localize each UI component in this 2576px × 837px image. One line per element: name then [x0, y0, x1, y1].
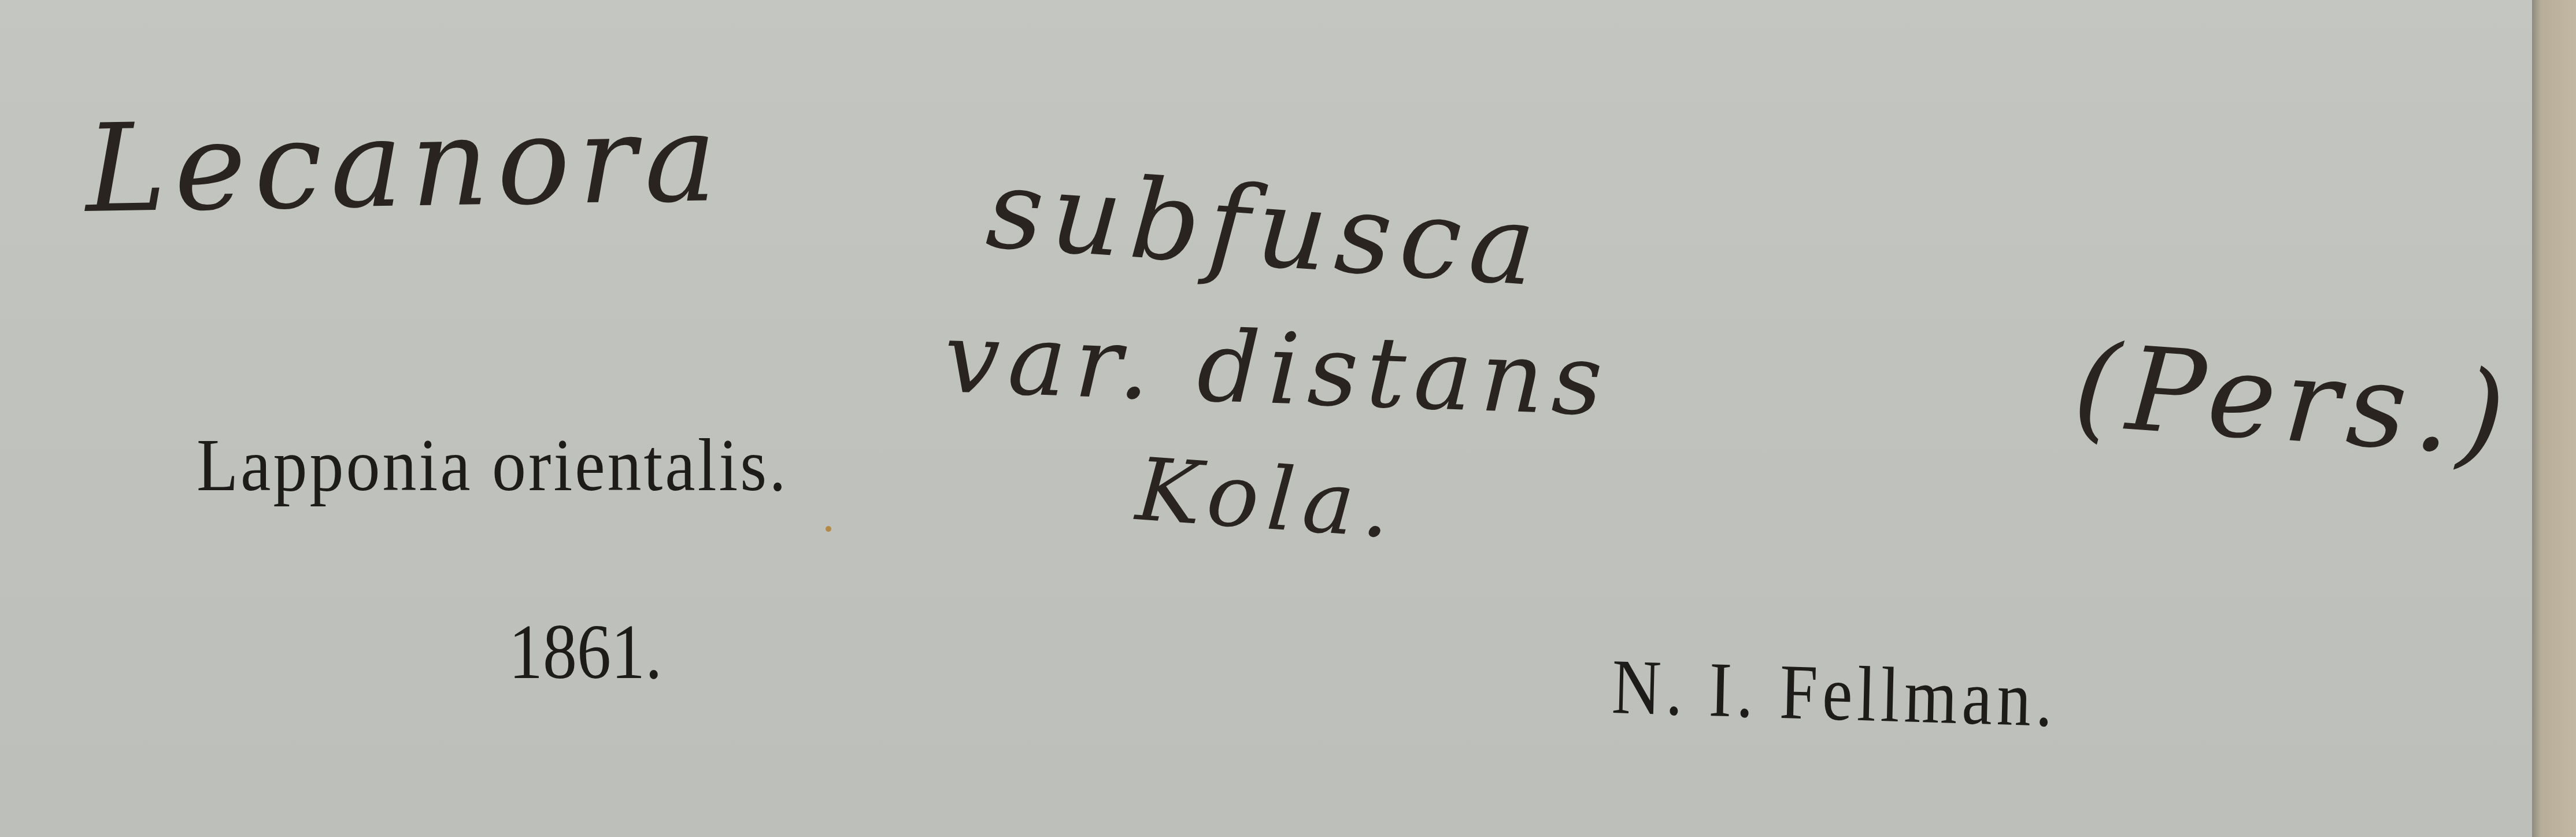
handwritten-locality-detail: Kola. — [1133, 439, 1401, 558]
handwritten-genus: Lecanora — [84, 87, 726, 240]
printed-locality: Lapponia orientalis. — [197, 422, 789, 509]
paper-edge — [2532, 0, 2576, 837]
paper-speck — [826, 526, 831, 532]
handwritten-variety: var. distans — [942, 301, 1612, 438]
printed-year: 1861. — [509, 607, 662, 697]
printed-collector: N. I. Fellman. — [1611, 642, 2058, 746]
